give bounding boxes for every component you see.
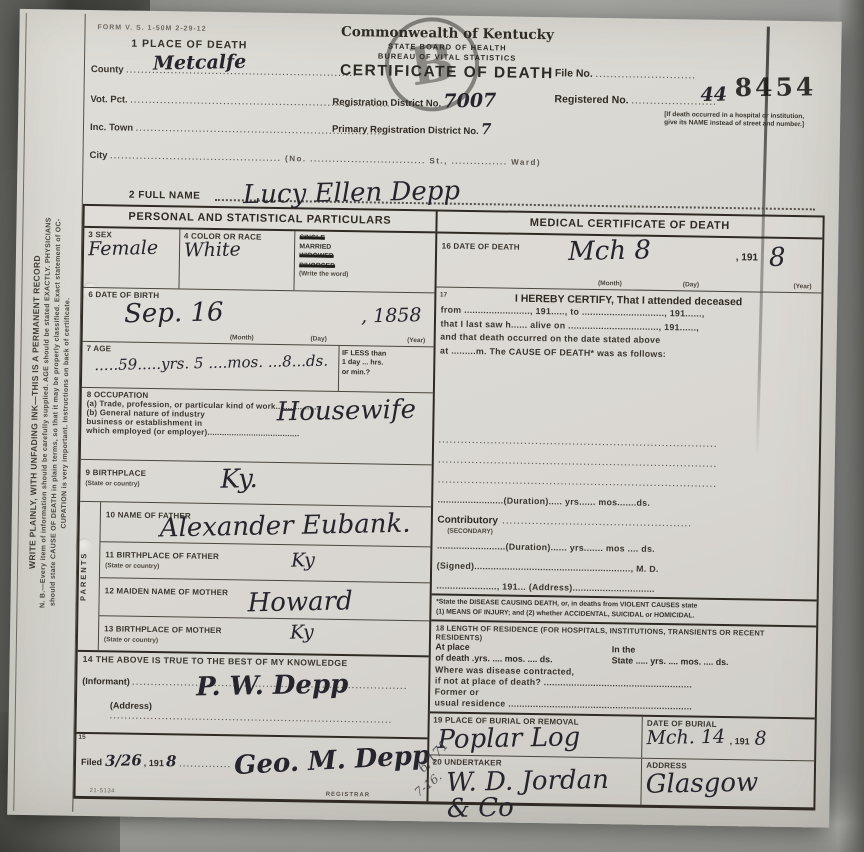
informant-field: (Informant) ............................… [82, 676, 423, 691]
undertaker-field: 20 UNDERTAKER W. D. Jordan & Co 6/171 7-… [428, 755, 641, 804]
file-no-field: File No. ........................... 845… [555, 67, 823, 83]
father-name-row: 10 NAME OF FATHER Alexander Eubank. [100, 502, 430, 547]
form-number: FORM V. S. 1-50M 2-29-12 [97, 24, 206, 33]
place-of-death-heading: 1 PLACE OF DEATH [131, 38, 247, 52]
filed-date-handwritten: 3/26 [104, 753, 141, 769]
registered-no-label: Registered No. [554, 93, 628, 106]
date-of-death-label: 16 DATE OF DEATH [442, 242, 520, 252]
age-handwritten-line: .....59.....yrs. 5 ....mos. ...8...ds. [94, 354, 328, 373]
file-no-label: File No. [555, 67, 593, 80]
certify-section-number: 17 [440, 291, 447, 298]
blank-line: ........................................… [438, 475, 717, 488]
informant-attestation-row: 14 THE ABOVE IS TRUE TO THE BEST OF MY K… [76, 652, 428, 739]
margin-line: WRITE PLAINLY, WITH UNFADING INK—THIS IS… [27, 255, 42, 569]
city-label: City [89, 150, 107, 161]
contributory-blank: ........................................… [502, 517, 692, 529]
stamp-letter: B [405, 31, 458, 98]
county-handwritten-value: Metcalfe [153, 53, 247, 74]
form-header: FORM V. S. 1-50M 2-29-12 1 PLACE OF DEAT… [83, 20, 827, 182]
file-no-blank: ........................... [596, 70, 697, 81]
birthplace-label: 9 BIRTHPLACE [85, 468, 146, 478]
county-field: County .................................… [91, 64, 357, 79]
registration-district-field: Registration District No. 7007 [332, 90, 497, 112]
certificate-form: FORM V. S. 1-50M 2-29-12 1 PLACE OF DEAT… [73, 20, 827, 811]
form-body: PERSONAL AND STATISTICAL PARTICULARS 3 S… [73, 204, 824, 811]
burial-row: 19 PLACE OF BURIAL OR REMOVAL Poplar Log… [429, 713, 815, 761]
informant-signature: P. W. Depp [196, 671, 349, 700]
informant-address-field: (Address) ..............................… [110, 700, 423, 725]
father-birthplace-label: 11 BIRTHPLACE OF FATHER [105, 550, 219, 561]
mother-birthplace-label: 13 BIRTHPLACE OF MOTHER [104, 624, 222, 635]
dob-handwritten-value: Sep. 16 [124, 299, 224, 327]
race-handwritten-value: White [184, 240, 241, 260]
dob-month-caption: (Month) [230, 334, 254, 341]
sex-handwritten-value: Female [88, 239, 158, 259]
marital-status-field: SINGLE MARRIED WIDOWED DIVORCED (Write t… [294, 231, 435, 292]
informant-label: (Informant) [82, 676, 130, 687]
sex-race-marital-row: 3 SEX Female 4 COLOR OR RACE White SINGL… [83, 228, 434, 293]
primary-district-field: Primary Registration District No. 7 [332, 120, 492, 138]
duration-blanks: ........................(Duration)..... … [438, 494, 651, 507]
occupation-handwritten-value: Housewife [276, 397, 416, 426]
undertaker-handwritten: W. D. Jordan & Co [446, 766, 638, 822]
dod-year-caption: (Year) [793, 283, 811, 290]
filed-blank: .............. [179, 759, 231, 769]
date-of-death-row: 16 DATE OF DEATH Mch 8 , 191 8 (Month) (… [436, 233, 822, 293]
full-name-handwritten-value: Lucy Ellen Depp [243, 178, 461, 208]
signed-date-address-blank: ......................, 191... (Address)… [436, 580, 655, 593]
father-name-handwritten-value: Alexander Eubank. [160, 511, 411, 542]
photo-right-shadow [838, 0, 864, 852]
dod-month-caption: (Month) [598, 280, 622, 287]
parents-vertical-label: PARENTS [78, 502, 101, 650]
informant-address-label: (Address) [110, 700, 152, 711]
if-less-line3: or min.? [342, 367, 430, 378]
mother-birthplace-row: 13 BIRTHPLACE OF MOTHER (State or countr… [99, 616, 429, 655]
marital-note: (Write the word) [299, 270, 430, 279]
mother-birthplace-handwritten-value: Ky [290, 623, 314, 642]
dob-day-caption: (Day) [310, 335, 326, 342]
dod-day-caption: (Day) [683, 281, 699, 288]
contributory-label: Contributory [437, 514, 498, 526]
filed-year-print: , 191 [144, 758, 164, 768]
signed-blank: (Signed)................................… [437, 560, 659, 573]
mother-maiden-label: 12 MAIDEN NAME OF MOTHER [105, 586, 229, 597]
father-birthplace-subcaption: (State or country) [105, 562, 425, 574]
date-of-burial-year-print: , 191 [730, 736, 750, 746]
place-of-burial-field: 19 PLACE OF BURIAL OR REMOVAL Poplar Log [429, 713, 642, 757]
age-row: 7 AGE .....59.....yrs. 5 ....mos. ...8..… [82, 342, 433, 394]
registration-district-value: 7007 [444, 91, 497, 111]
photo-of-certificate: WRITE PLAINLY, WITH UNFADING INK—THIS IS… [0, 0, 864, 852]
mother-birthplace-subcaption: (State or country) [104, 636, 424, 648]
filed-field: Filed 3/26 , 191 8 .............. Geo. M… [81, 744, 422, 775]
undertaker-address-field: ADDRESS Glasgow [641, 759, 814, 808]
undertaker-row: 20 UNDERTAKER W. D. Jordan & Co 6/171 7-… [428, 755, 814, 807]
date-of-burial-year-handwritten: 8 [754, 729, 766, 748]
attestation-label: 14 THE ABOVE IS TRUE TO THE BEST OF MY K… [83, 654, 424, 669]
registrar-label: REGISTRAR [326, 792, 370, 799]
birthplace-handwritten-value: Ky. [220, 466, 258, 493]
filed-label: Filed [81, 757, 102, 767]
primary-district-value: 7 [481, 122, 492, 137]
full-name-label: 2 FULL NAME [129, 190, 201, 202]
father-birthplace-handwritten-value: Ky [291, 551, 315, 570]
sex-field: 3 SEX Female [83, 228, 179, 288]
place-of-burial-handwritten: Poplar Log [437, 724, 580, 753]
length-of-residence-section: 18 LENGTH OF RESIDENCE (FOR HOSPITALS, I… [429, 621, 816, 719]
occupation-row: 8 OCCUPATION (a) Trade, profession, or p… [81, 388, 433, 465]
primary-district-label: Primary Registration District No. [332, 124, 479, 137]
certification-paragraph: 17 I HEREBY CERTIFY, That I attended dec… [434, 287, 822, 433]
city-blank: ........................................… [110, 151, 541, 167]
blank-line: ........................................… [438, 455, 717, 468]
voting-precinct-label: Vot. Pct. [90, 94, 127, 106]
undertaker-address-handwritten: Glasgow [646, 770, 759, 798]
death-certificate-paper: WRITE PLAINLY, WITH UNFADING INK—THIS IS… [7, 9, 842, 828]
margin-line: CUPATION is very important. Instructions… [61, 297, 72, 528]
filed-year-handwritten: 8 [166, 754, 177, 769]
date-of-burial-handwritten: Mch. 14 [647, 728, 726, 749]
duration-blanks-2: .........................(Duration).....… [437, 540, 655, 553]
date-of-death-handwritten: Mch 8 [567, 237, 650, 265]
medical-certificate-column: MEDICAL CERTIFICATE OF DEATH 16 DATE OF … [428, 211, 823, 807]
mother-maiden-handwritten-value: Howard [248, 588, 354, 616]
printer-plate-number: 21-5134 [90, 788, 116, 794]
informant-address-blank: ........................................… [110, 711, 393, 724]
age-field: 7 AGE .....59.....yrs. 5 ....mos. ...8..… [82, 342, 338, 391]
hospital-instruction-note: [If death occurred in a hospital or inst… [664, 111, 816, 130]
race-field: 4 COLOR OR RACE White [178, 229, 295, 290]
dob-year-caption: (Year) [407, 337, 425, 344]
if-less-than-one-day-box: IF LESS than 1 day ... hrs. or min.? [337, 346, 433, 392]
father-birthplace-row: 11 BIRTHPLACE OF FATHER (State or countr… [100, 542, 430, 583]
registered-no-handwritten-value: 44 [700, 86, 727, 106]
date-of-death-year-print: , 191 [736, 252, 758, 263]
filed-number: 15 [78, 734, 85, 741]
date-of-burial-field: DATE OF BURIAL Mch. 14 , 191 8 [641, 717, 814, 761]
personal-particulars-column: PERSONAL AND STATISTICAL PARTICULARS 3 S… [75, 206, 437, 801]
dob-year-handwritten: , 1858 [361, 306, 422, 326]
inc-town-label: Inc. Town [90, 122, 133, 134]
mother-maiden-name-row: 12 MAIDEN NAME OF MOTHER Howard [99, 578, 429, 621]
blank-line: ........................................… [439, 435, 718, 448]
registration-district-label: Registration District No. [332, 97, 441, 110]
registrar-signature: Geo. M. Depp [233, 743, 430, 780]
county-label: County [91, 64, 124, 76]
parents-section: PARENTS 10 NAME OF FATHER Alexander Euba… [78, 502, 431, 657]
file-number-block: File No. ........................... 845… [554, 67, 823, 130]
date-of-death-year-handwritten: 8 [769, 245, 786, 271]
date-of-birth-row: 6 DATE OF BIRTH Sep. 16 , 1858 (Month) (… [83, 288, 434, 347]
filed-row: 15 Filed 3/26 , 191 8 .............. Geo… [75, 734, 426, 801]
birthplace-row: 9 BIRTHPLACE (State or country) Ky. [80, 460, 431, 508]
city-field: City ...................................… [89, 150, 541, 168]
